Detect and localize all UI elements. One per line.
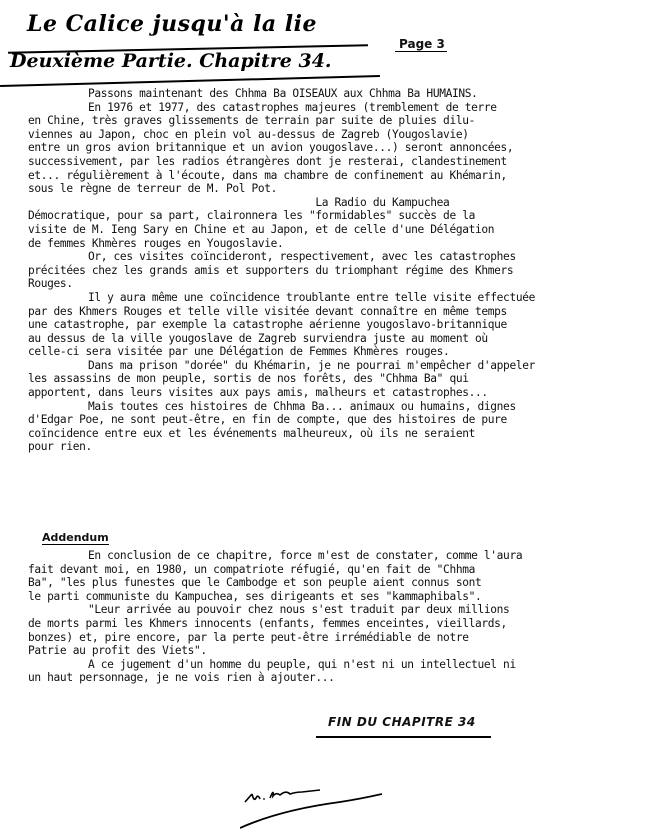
text-line: pour rien.	[28, 440, 638, 454]
text-line: Il y aura même une coïncidence troublant…	[28, 291, 638, 305]
document-title: Le Calice jusqu'à la lie	[27, 11, 317, 37]
text-line: au dessus de la ville yougoslave de Zagr…	[28, 332, 638, 346]
text-line: le parti communiste du Kampuchea, ses di…	[28, 590, 638, 604]
addendum-body: En conclusion de ce chapitre, force m'es…	[28, 549, 638, 685]
text-line: entre un gros avion britannique et un av…	[28, 141, 638, 155]
text-line: apportent, dans leurs visites aux pays a…	[28, 386, 638, 400]
chapter-body: Passons maintenant des Chhma Ba OISEAUX …	[28, 87, 638, 454]
text-line: par des Khmers Rouges et telle ville vis…	[28, 305, 638, 319]
chapter-underline	[0, 75, 380, 87]
text-line: celle-ci sera visitée par une Délégation…	[28, 345, 638, 359]
text-line: fait devant moi, en 1980, un compatriote…	[28, 563, 638, 577]
text-line: un haut personnage, je ne vois rien à aj…	[28, 671, 638, 685]
text-line: En conclusion de ce chapitre, force m'es…	[28, 549, 638, 563]
text-line: et... régulièrement à l'écoute, dans ma …	[28, 169, 638, 183]
text-line: de femmes Khmères rouges en Yougoslavie.	[28, 237, 638, 251]
end-of-chapter-label: FIN DU CHAPITRE 34	[328, 715, 476, 729]
text-line: sous le règne de terreur de M. Pol Pot.	[28, 182, 638, 196]
text-line: La Radio du Kampuchea	[28, 196, 638, 210]
text-line: une catastrophe, par exemple la catastro…	[28, 318, 638, 332]
text-line: En 1976 et 1977, des catastrophes majeur…	[28, 101, 638, 115]
text-line: les assassins de mon peuple, sortis de n…	[28, 372, 638, 386]
text-line: précitées chez les grands amis et suppor…	[28, 264, 638, 278]
text-line: viennes au Japon, choc en plein vol au-d…	[28, 128, 638, 142]
text-line: en Chine, très graves glissements de ter…	[28, 114, 638, 128]
addendum-heading: Addendum	[42, 531, 109, 545]
text-line: Passons maintenant des Chhma Ba OISEAUX …	[28, 87, 638, 101]
text-line: successivement, par les radios étrangère…	[28, 155, 638, 169]
chapter-heading: Deuxième Partie. Chapitre 34.	[10, 50, 332, 72]
text-line: Dans ma prison "dorée" du Khémarin, je n…	[28, 359, 638, 373]
text-line: Rouges.	[28, 277, 638, 291]
text-line: d'Edgar Poe, ne sont peut-être, en fin d…	[28, 413, 638, 427]
text-line: de morts parmi les Khmers innocents (enf…	[28, 617, 638, 631]
signature-icon	[240, 780, 400, 830]
text-line: A ce jugement d'un homme du peuple, qui …	[28, 658, 638, 672]
text-line: Démocratique, pour sa part, claironnera …	[28, 209, 638, 223]
end-of-chapter-underline	[316, 736, 491, 738]
text-line: coïncidence entre eux et les événements …	[28, 427, 638, 441]
text-line: Or, ces visites coïncideront, respective…	[28, 250, 638, 264]
text-line: Ba", "les plus funestes que le Cambodge …	[28, 576, 638, 590]
text-line: "Leur arrivée au pouvoir chez nous s'est…	[28, 603, 638, 617]
text-line: visite de M. Ieng Sary en Chine et au Ja…	[28, 223, 638, 237]
text-line: Patrie au profit des Viets".	[28, 644, 638, 658]
text-line: bonzes) et, pire encore, par la perte pe…	[28, 631, 638, 645]
page-number: Page 3	[395, 37, 447, 52]
text-line: Mais toutes ces histoires de Chhma Ba...…	[28, 400, 638, 414]
